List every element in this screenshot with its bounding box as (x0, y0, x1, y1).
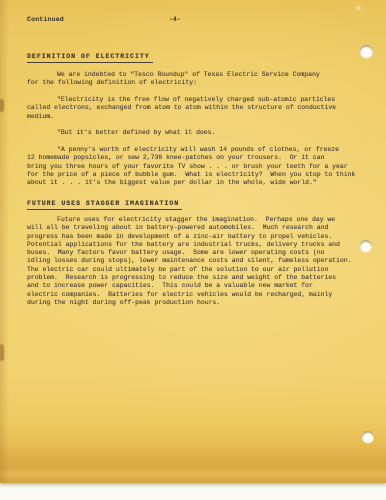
text-line: The electric car could ultimately be par… (27, 266, 352, 274)
page-number: -4- (169, 16, 181, 23)
text-line: about it . . . it's the biggest value pe… (27, 179, 355, 187)
text-line: 12 homemade popsicles, or sew 2,736 knee… (27, 154, 355, 162)
paragraph-future-uses: Future uses for electricity stagger the … (27, 216, 352, 307)
text-line: electric companies. Batteries for electr… (27, 291, 352, 299)
paragraph-pennys-worth: "A penny's worth of electricity will was… (27, 146, 355, 187)
text-line: will all be traveling about in battery-p… (27, 224, 352, 232)
punch-hole-middle (360, 240, 372, 252)
paper-edge-smudge (0, 344, 4, 361)
text-line: Potential applications for the battery a… (27, 241, 352, 249)
text-line: "But it's better defined by what it does… (27, 129, 215, 137)
section-heading-definition-of-electricity: DEFINITION OF ELECTRICITY (27, 53, 153, 63)
section-heading-future-uses: FUTURE USES STAGGER IMAGINATION (27, 200, 182, 210)
punch-hole-bottom (362, 431, 374, 443)
text-line: medium. (27, 113, 336, 121)
punch-hole-top (360, 45, 373, 58)
paragraph-better-defined: "But it's better defined by what it does… (27, 129, 215, 137)
paper-flaw-spot (356, 6, 361, 10)
text-line: progress has been made in development of… (27, 233, 352, 241)
paragraph-electricity-definition: "Electricity is the free flow of negativ… (27, 96, 336, 121)
text-line: for the price of a piece of bubble gum. … (27, 171, 355, 179)
paper-edge-smudge (0, 99, 4, 112)
text-line: and to increase power capacities. This c… (27, 282, 352, 290)
text-line: called electrons, exchanged from atom to… (27, 104, 336, 112)
scanned-document-page: Continued -4- DEFINITION OF ELECTRICITY … (0, 0, 386, 500)
paragraph-indebted: We are indebted to "Tesco Roundup" of Te… (27, 71, 320, 88)
continued-label: Continued (27, 16, 64, 23)
text-line: bring you three hours of your favorite T… (27, 163, 355, 171)
text-line: idling losses during stops), lower maint… (27, 257, 352, 265)
text-line: during the night during off-peak product… (27, 299, 352, 307)
paper-sheet: Continued -4- DEFINITION OF ELECTRICITY … (0, 0, 386, 483)
text-line: for the following definition of electric… (27, 79, 320, 87)
